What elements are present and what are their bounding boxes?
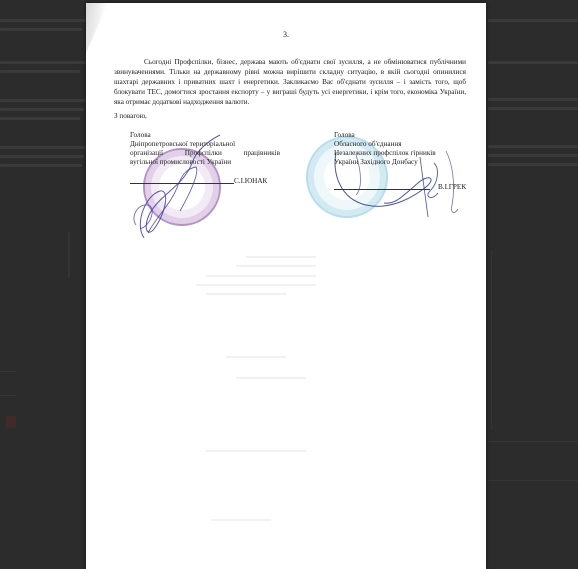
scan-bleed-mark — [226, 356, 286, 358]
background-text-line — [0, 28, 82, 31]
background-text-line — [488, 163, 578, 166]
background-text-line — [0, 19, 86, 22]
page-fold-shadow — [86, 3, 108, 53]
background-text-line — [488, 61, 578, 64]
background-thumbnail — [6, 416, 16, 428]
background-text-line — [0, 146, 86, 149]
letter-paragraph: Сьогодні Профспілки, бізнес, держава маю… — [114, 57, 466, 107]
signatory-name-right: В.І.ГРЕК — [438, 183, 466, 191]
background-text-line — [488, 145, 578, 148]
background-text-line — [488, 154, 578, 157]
background-divider — [0, 395, 16, 396]
signature-line-right — [334, 189, 430, 190]
background-text-line — [488, 107, 578, 110]
signatory-right: Голова Обласного об'єднання Незалежних п… — [334, 131, 469, 167]
signatory-title: Голова — [130, 131, 280, 140]
scan-bleed-mark — [236, 265, 316, 267]
background-divider — [0, 371, 16, 372]
scan-bleed-mark — [206, 275, 316, 277]
scan-bleed-mark — [236, 377, 306, 379]
signatory-title: Голова — [334, 131, 469, 140]
signature-line-left — [130, 183, 234, 184]
signatory-organization-line: Незалежних профспілок гірників — [334, 149, 469, 158]
background-text-line — [0, 155, 84, 158]
background-text-line — [0, 99, 86, 102]
signatory-name-left: С.І.ЮНАК — [234, 177, 267, 185]
document-page-image: 3. Сьогодні Профспілки, бізнес, держава … — [86, 3, 486, 569]
background-text-line — [488, 98, 578, 101]
scan-bleed-mark — [196, 284, 316, 286]
signatory-organization-line: вугільної промисловості України — [130, 158, 280, 167]
background-divider — [488, 441, 578, 442]
background-divider — [491, 250, 492, 430]
background-text-line — [488, 19, 578, 22]
signatory-left: Голова Дніпропетровської територіальної … — [130, 131, 280, 167]
background-text-line — [0, 61, 86, 64]
background-text-line — [0, 108, 84, 111]
scan-bleed-mark — [206, 450, 306, 452]
background-text-line — [0, 70, 80, 73]
signatory-organization-line: організації Профспілки працівників — [130, 149, 280, 158]
background-text-line — [0, 164, 82, 167]
background-divider — [68, 232, 70, 277]
background-divider — [488, 480, 578, 481]
signatory-organization-line: України Західного Донбасу — [334, 158, 469, 167]
page-number: 3. — [86, 30, 486, 39]
signatory-organization-line: Обласного об'єднання — [334, 140, 469, 149]
scan-bleed-mark — [206, 293, 286, 295]
scan-bleed-mark — [211, 519, 271, 521]
scan-bleed-mark — [246, 256, 316, 258]
closing-salutation: З повагою, — [114, 112, 147, 120]
background-text-line — [0, 117, 80, 120]
signatory-organization-line: Дніпропетровської територіальної — [130, 140, 280, 149]
